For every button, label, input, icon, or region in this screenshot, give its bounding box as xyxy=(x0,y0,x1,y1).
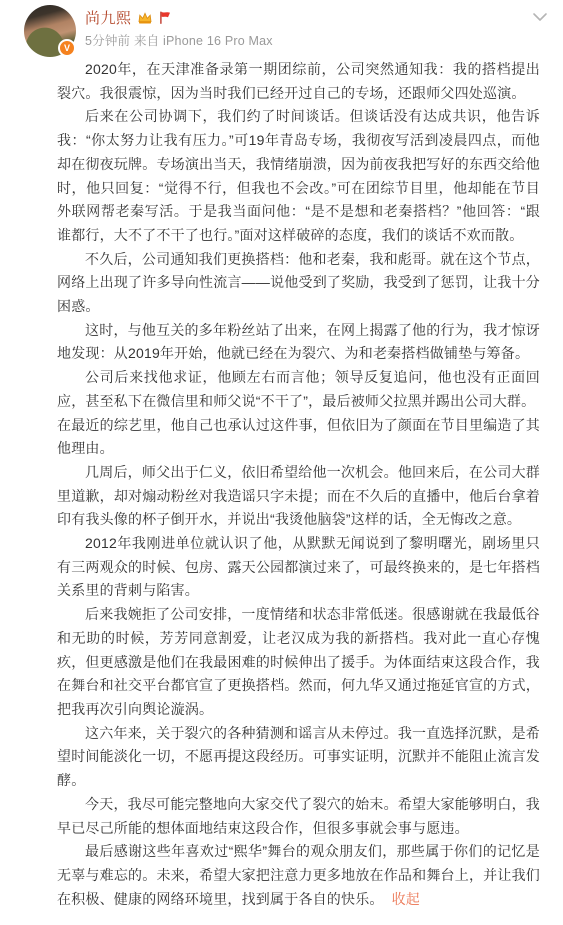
post-paragraph: 这时，与他互关的多年粉丝站了出来，在网上揭露了他的行为，我才惊讶地发现：从201… xyxy=(57,319,540,366)
post-paragraph: 不久后，公司通知我们更换搭档：他和老秦，我和彪哥。就在这个节点，网络上出现了许多… xyxy=(57,248,540,319)
chevron-down-icon[interactable] xyxy=(530,7,550,29)
post-paragraph: 今天，我尽可能完整地向大家交代了裂穴的始末。希望大家能够明白，我早已尽己所能的想… xyxy=(57,793,540,840)
red-flag-icon xyxy=(158,10,171,25)
weibo-post-card: V 尚九熙 5分钟前 来自 iPhone 16 Pro Max xyxy=(0,0,563,925)
timestamp: 5分钟前 xyxy=(85,34,130,48)
collapse-link[interactable]: 收起 xyxy=(392,891,420,907)
post-paragraph: 这六年来，关于裂穴的各种猜测和谣言从未停过。我一直选择沉默，是希望时间能淡化一切… xyxy=(57,722,540,793)
source-device-link[interactable]: iPhone 16 Pro Max xyxy=(163,34,273,48)
post-content: 2020年，在天津准备录第一期团综前，公司突然通知我：我的搭档提出裂穴。我很震惊… xyxy=(0,58,563,925)
vip-crown-icon[interactable] xyxy=(137,11,153,25)
post-meta: 5分钟前 来自 iPhone 16 Pro Max xyxy=(85,31,273,49)
post-header: V 尚九熙 5分钟前 来自 iPhone 16 Pro Max xyxy=(0,0,563,58)
post-paragraph: 几周后，师父出于仁义，依旧希望给他一次机会。他回来后，在公司大群里道歉，却对煽动… xyxy=(57,461,540,532)
name-row: 尚九熙 xyxy=(85,7,171,28)
post-paragraph: 在最近的综艺里，他自己也承认过这件事，但依旧为了颜面在节目里编造了其他理由。 xyxy=(57,414,540,461)
post-paragraph: 后来我婉拒了公司安排，一度情绪和状态非常低迷。很感谢就在我最低谷和无助的时候，芳… xyxy=(57,603,540,722)
source-prefix: 来自 xyxy=(134,34,159,48)
post-paragraph: 后来在公司协调下，我们约了时间谈话。但谈话没有达成共识，他告诉我：“你太努力让我… xyxy=(57,105,540,247)
post-paragraph: 最后感谢这些年喜欢过“熙华”舞台的观众朋友们，那些属于你们的记忆是无辜与难忘的。… xyxy=(57,840,540,911)
post-paragraph: 2012年我刚进单位就认识了他，从默默无闻说到了黎明曙光，剧场里只有三两观众的时… xyxy=(57,532,540,603)
post-paragraph: 公司后来找他求证，他顾左右而言他；领导反复追问，他也没有正面回应，甚至私下在微信… xyxy=(57,366,540,413)
username[interactable]: 尚九熙 xyxy=(85,7,132,28)
verified-v-badge: V xyxy=(58,39,76,57)
post-paragraph-text: 最后感谢这些年喜欢过“熙华”舞台的观众朋友们，那些属于你们的记忆是无辜与难忘的。… xyxy=(57,843,540,906)
post-paragraph: 2020年，在天津准备录第一期团综前，公司突然通知我：我的搭档提出裂穴。我很震惊… xyxy=(57,58,540,105)
